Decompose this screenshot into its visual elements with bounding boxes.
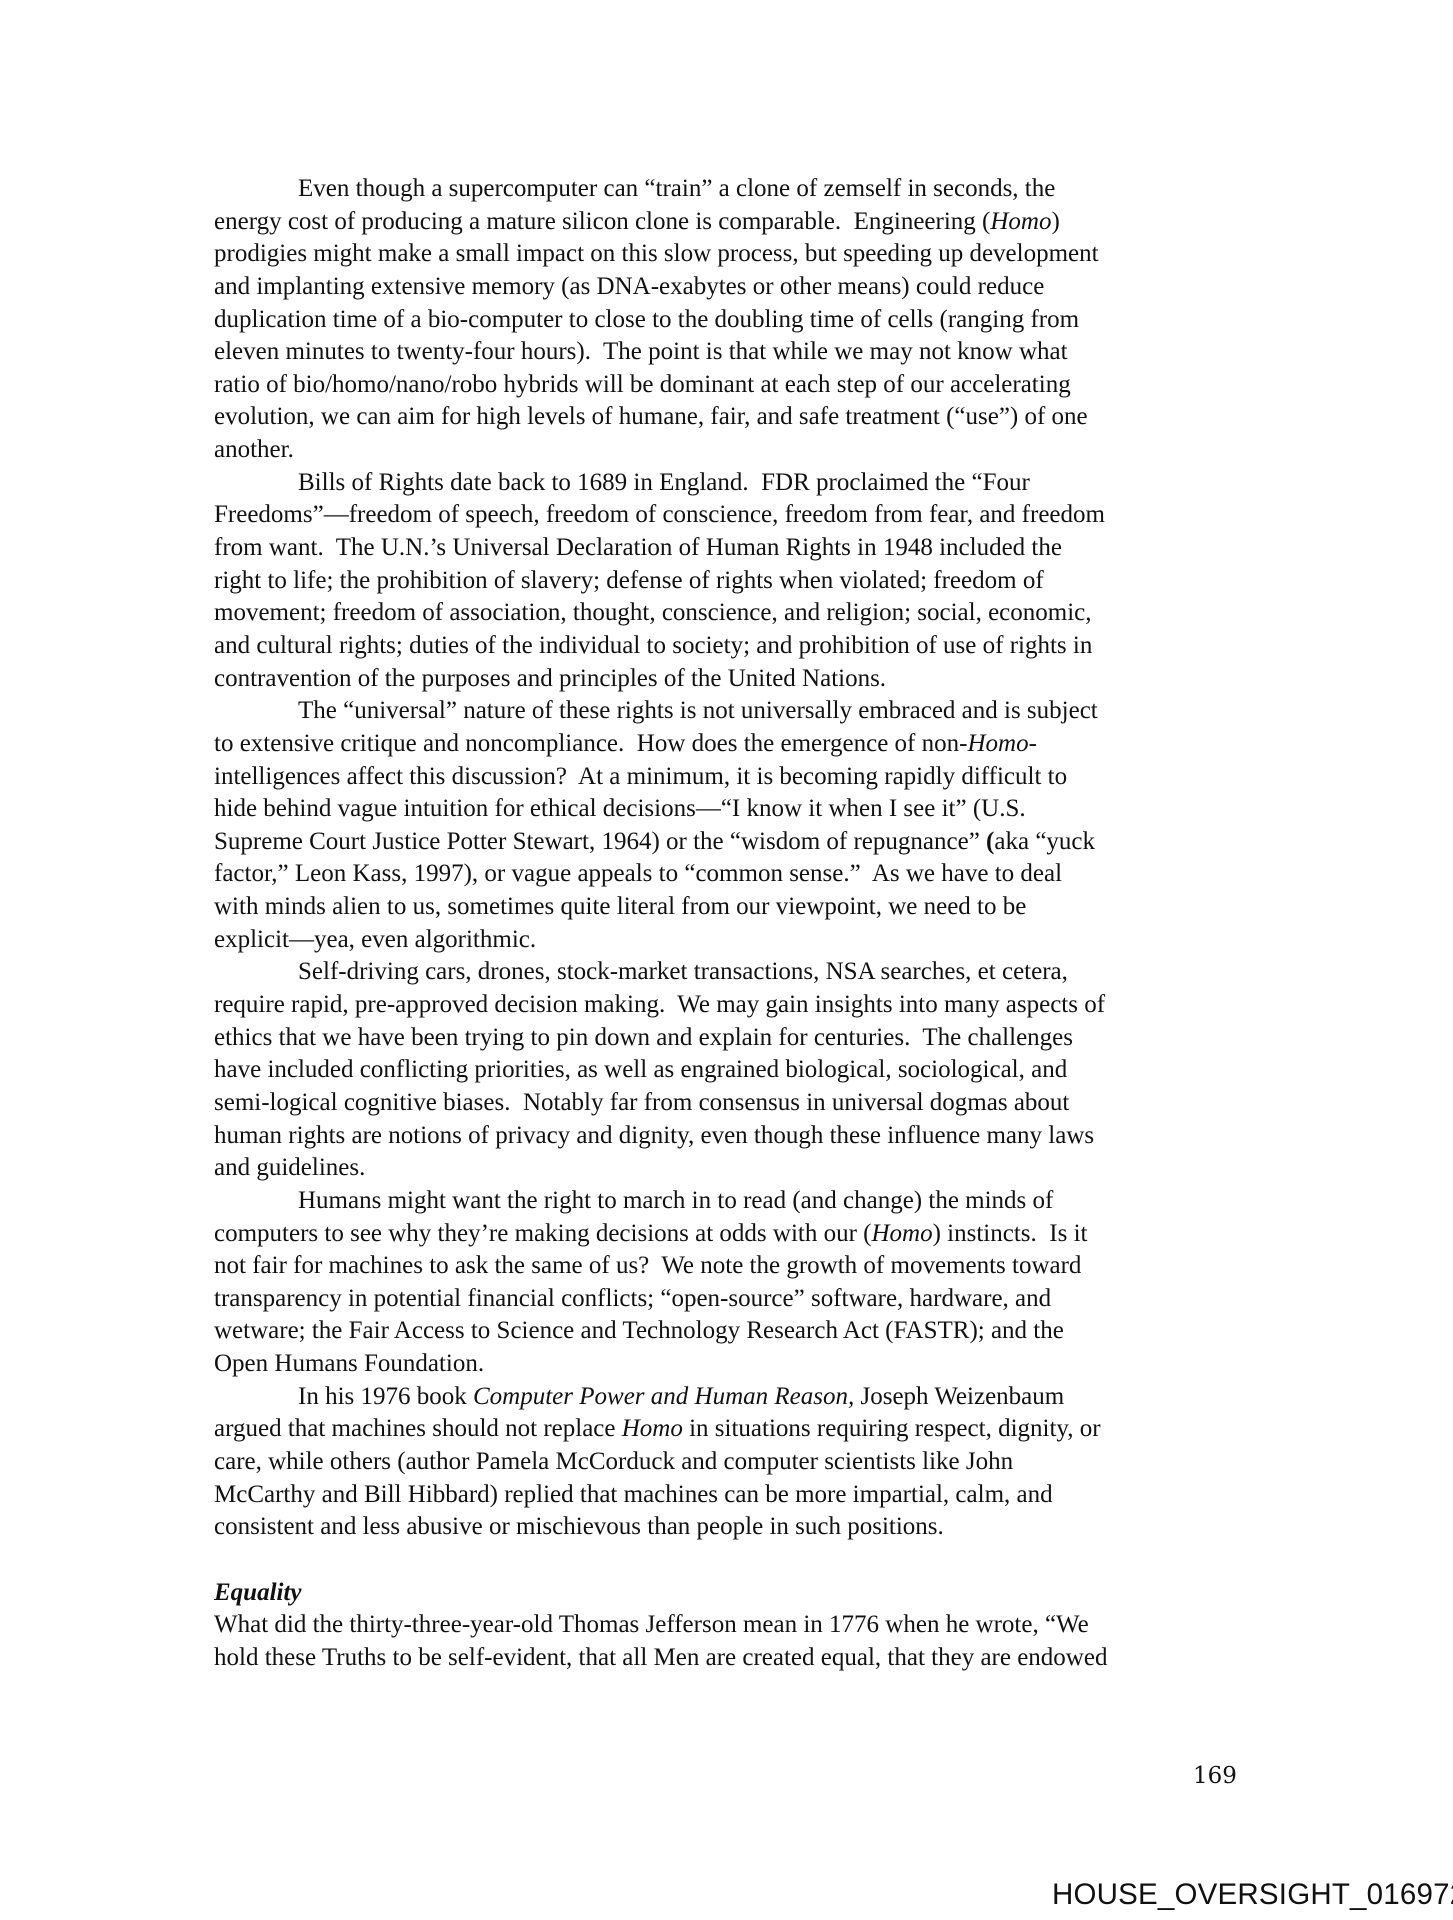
text-line: semi-logical cognitive biases. Notably f… <box>214 1087 1226 1120</box>
blank-line <box>214 1544 1226 1577</box>
text-run: semi-logical cognitive biases. Notably f… <box>214 1089 1069 1116</box>
text-line: transparency in potential financial conf… <box>214 1283 1226 1316</box>
text-run: require rapid, pre-approved decision mak… <box>214 991 1105 1018</box>
text-line: to extensive critique and noncompliance.… <box>214 728 1226 761</box>
text-run: The “universal” nature of these rights i… <box>298 697 1098 724</box>
text-line: eleven minutes to twenty-four hours). Th… <box>214 336 1226 369</box>
text-run: Freedoms”—freedom of speech, freedom of … <box>214 501 1105 528</box>
text-run: ) instincts. Is it <box>933 1220 1088 1247</box>
paragraph: Self-driving cars, drones, stock-market … <box>214 956 1226 1184</box>
text-line: What did the thirty-three-year-old Thoma… <box>214 1609 1226 1642</box>
text-run: Supreme Court Justice Potter Stewart, 19… <box>214 828 986 855</box>
text-run: hide behind vague intuition for ethical … <box>214 795 1026 822</box>
text-run: factor,” Leon Kass, 1997), or vague appe… <box>214 860 1062 887</box>
text-line: prodigies might make a small impact on t… <box>214 238 1226 271</box>
text-run: Humans might want the right to march in … <box>298 1187 1053 1214</box>
text-run: evolution, we can aim for high levels of… <box>214 403 1088 430</box>
text-line: hold these Truths to be self-evident, th… <box>214 1642 1226 1675</box>
bates-stamp: HOUSE_OVERSIGHT_016972 <box>1052 1878 1453 1912</box>
paragraph: Even though a supercomputer can “train” … <box>214 173 1226 467</box>
text-run: human rights are notions of privacy and … <box>214 1122 1094 1149</box>
text-line: not fair for machines to ask the same of… <box>214 1250 1226 1283</box>
text-run: What did the thirty-three-year-old Thoma… <box>214 1611 1089 1638</box>
text-run: Even though a supercomputer can “train” … <box>298 175 1055 202</box>
text-line: right to life; the prohibition of slaver… <box>214 565 1226 598</box>
text-line: and implanting extensive memory (as DNA-… <box>214 271 1226 304</box>
text-run: and cultural rights; duties of the indiv… <box>214 632 1092 659</box>
text-run: transparency in potential financial conf… <box>214 1285 1051 1312</box>
text-run: Open Humans Foundation. <box>214 1350 484 1377</box>
paragraph: What did the thirty-three-year-old Thoma… <box>214 1609 1226 1674</box>
document-page: Even though a supercomputer can “train” … <box>0 0 1453 1920</box>
text-run: to extensive critique and noncompliance.… <box>214 730 967 757</box>
italic-text: Homo <box>872 1220 933 1247</box>
text-line: contravention of the purposes and princi… <box>214 663 1226 696</box>
text-run: explicit—yea, even algorithmic. <box>214 926 536 953</box>
text-run: from want. The U.N.’s Universal Declarat… <box>214 534 1062 561</box>
text-run: McCarthy and Bill Hibbard) replied that … <box>214 1481 1053 1508</box>
text-run: Self-driving cars, drones, stock-market … <box>298 958 1068 985</box>
text-line: computers to see why they’re making deci… <box>214 1218 1226 1251</box>
section-heading: Equality <box>214 1577 1226 1610</box>
italic-text: Homo <box>967 730 1028 757</box>
text-line: duplication time of a bio-computer to cl… <box>214 304 1226 337</box>
paragraph: The “universal” nature of these rights i… <box>214 695 1226 956</box>
text-run: right to life; the prohibition of slaver… <box>214 567 1044 594</box>
text-line: have included conflicting priorities, as… <box>214 1054 1226 1087</box>
italic-text: Homo <box>990 208 1051 235</box>
text-line: require rapid, pre-approved decision mak… <box>214 989 1226 1022</box>
text-run: energy cost of producing a mature silico… <box>214 208 990 235</box>
text-run: duplication time of a bio-computer to cl… <box>214 306 1079 333</box>
text-run: care, while others (author Pamela McCord… <box>214 1448 1013 1475</box>
text-run: Bills of Rights date back to 1689 in Eng… <box>298 469 1030 496</box>
text-run: aka “yuck <box>994 828 1095 855</box>
text-line: human rights are notions of privacy and … <box>214 1120 1226 1153</box>
text-run: contravention of the purposes and princi… <box>214 665 886 692</box>
text-line: and cultural rights; duties of the indiv… <box>214 630 1226 663</box>
text-line: factor,” Leon Kass, 1997), or vague appe… <box>214 858 1226 891</box>
text-run: ethics that we have been trying to pin d… <box>214 1024 1073 1051</box>
text-run: and guidelines. <box>214 1154 365 1181</box>
text-line: consistent and less abusive or mischievo… <box>214 1511 1226 1544</box>
body-text: Even though a supercomputer can “train” … <box>214 173 1226 1674</box>
text-run: another. <box>214 436 294 463</box>
text-line: Self-driving cars, drones, stock-market … <box>214 956 1226 989</box>
text-run: in situations requiring respect, dignity… <box>683 1415 1101 1442</box>
text-line: Humans might want the right to march in … <box>214 1185 1226 1218</box>
text-line: McCarthy and Bill Hibbard) replied that … <box>214 1479 1226 1512</box>
text-run: ratio of bio/homo/nano/robo hybrids will… <box>214 371 1071 398</box>
text-line: argued that machines should not replace … <box>214 1413 1226 1446</box>
text-line: Supreme Court Justice Potter Stewart, 19… <box>214 826 1226 859</box>
text-line: Bills of Rights date back to 1689 in Eng… <box>214 467 1226 500</box>
text-run: consistent and less abusive or mischievo… <box>214 1513 944 1540</box>
text-run: Joseph Weizenbaum <box>854 1383 1064 1410</box>
text-run: In his 1976 book <box>298 1383 473 1410</box>
text-line: evolution, we can aim for high levels of… <box>214 401 1226 434</box>
text-run: intelligences affect this discussion? At… <box>214 763 1067 790</box>
paragraph: In his 1976 book Computer Power and Huma… <box>214 1381 1226 1544</box>
italic-text: Homo <box>622 1415 683 1442</box>
text-line: intelligences affect this discussion? At… <box>214 761 1226 794</box>
text-line: explicit—yea, even algorithmic. <box>214 924 1226 957</box>
text-line: ratio of bio/homo/nano/robo hybrids will… <box>214 369 1226 402</box>
text-run: not fair for machines to ask the same of… <box>214 1252 1081 1279</box>
text-line: Open Humans Foundation. <box>214 1348 1226 1381</box>
italic-text: Computer Power and Human Reason, <box>473 1383 854 1410</box>
text-run: with minds alien to us, sometimes quite … <box>214 893 1026 920</box>
text-line: wetware; the Fair Access to Science and … <box>214 1315 1226 1348</box>
text-line: Even though a supercomputer can “train” … <box>214 173 1226 206</box>
text-run: ) <box>1051 208 1059 235</box>
text-run: and implanting extensive memory (as DNA-… <box>214 273 1044 300</box>
text-run: - <box>1029 730 1037 757</box>
text-line: Freedoms”—freedom of speech, freedom of … <box>214 499 1226 532</box>
text-line: another. <box>214 434 1226 467</box>
text-run: hold these Truths to be self-evident, th… <box>214 1644 1107 1671</box>
text-run: computers to see why they’re making deci… <box>214 1220 872 1247</box>
text-line: energy cost of producing a mature silico… <box>214 206 1226 239</box>
text-run: eleven minutes to twenty-four hours). Th… <box>214 338 1068 365</box>
text-line: hide behind vague intuition for ethical … <box>214 793 1226 826</box>
text-line: ethics that we have been trying to pin d… <box>214 1022 1226 1055</box>
paragraph: Humans might want the right to march in … <box>214 1185 1226 1381</box>
text-run: have included conflicting priorities, as… <box>214 1056 1067 1083</box>
text-line: movement; freedom of association, though… <box>214 597 1226 630</box>
page-number: 169 <box>1193 1763 1237 1789</box>
text-line: with minds alien to us, sometimes quite … <box>214 891 1226 924</box>
text-line: and guidelines. <box>214 1152 1226 1185</box>
text-line: care, while others (author Pamela McCord… <box>214 1446 1226 1479</box>
text-line: The “universal” nature of these rights i… <box>214 695 1226 728</box>
text-run: prodigies might make a small impact on t… <box>214 240 1099 267</box>
text-line: from want. The U.N.’s Universal Declarat… <box>214 532 1226 565</box>
text-run: movement; freedom of association, though… <box>214 599 1092 626</box>
paragraph: Bills of Rights date back to 1689 in Eng… <box>214 467 1226 695</box>
text-line: In his 1976 book Computer Power and Huma… <box>214 1381 1226 1414</box>
text-run: argued that machines should not replace <box>214 1415 622 1442</box>
text-run: wetware; the Fair Access to Science and … <box>214 1317 1064 1344</box>
